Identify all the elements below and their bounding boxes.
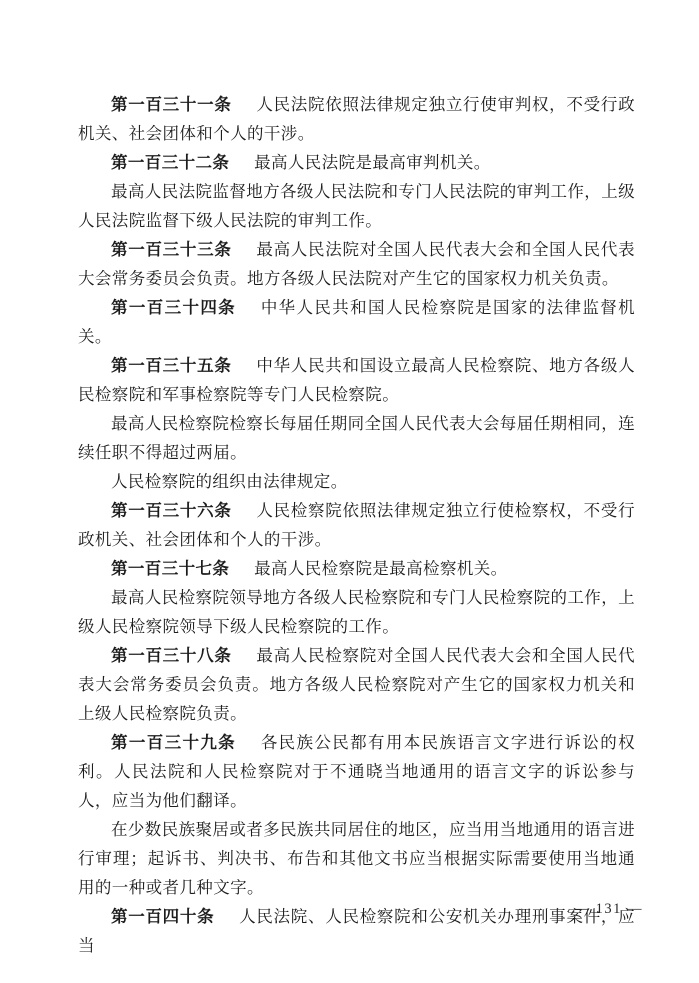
article-paragraph: 第一百三十六条人民检察院依照法律规定独立行使检察权，不受行政机关、社会团体和个人… [78, 496, 635, 554]
article-number: 第一百三十二条 [111, 153, 229, 172]
article-paragraph: 在少数民族聚居或者多民族共同居住的地区，应当用当地通用的语言进行审理；起诉书、判… [78, 815, 635, 902]
article-paragraph: 第一百三十三条最高人民法院对全国人民代表大会和全国人民代表大会常务委员会负责。地… [78, 235, 635, 293]
article-number: 第一百三十四条 [111, 298, 236, 317]
paragraph-text: 在少数民族聚居或者多民族共同居住的地区，应当用当地通用的语言进行审理；起诉书、判… [78, 820, 635, 897]
paragraph-text: 最高人民检察院是最高检察机关。 [254, 559, 508, 578]
document-page: 第一百三十一条人民法院依照法律规定独立行使审判权，不受行政机关、社会团体和个人的… [0, 0, 699, 983]
article-number: 第一百三十五条 [111, 356, 232, 375]
article-number: 第一百三十九条 [111, 733, 236, 752]
article-paragraph: 第一百三十二条最高人民法院是最高审判机关。 [78, 148, 635, 177]
article-paragraph: 第一百三十五条中华人民共和国设立最高人民检察院、地方各级人民检察院和军事检察院等… [78, 351, 635, 409]
article-number: 第一百三十六条 [111, 501, 232, 520]
article-number: 第一百三十七条 [111, 559, 229, 578]
paragraph-text: 最高人民检察院领导地方各级人民检察院和专门人民检察院的工作，上级人民检察院领导下… [78, 588, 635, 636]
paragraph-text: 最高人民法院是最高审判机关。 [254, 153, 491, 172]
article-paragraph: 最高人民法院监督地方各级人民法院和专门人民法院的审判工作，上级人民法院监督下级人… [78, 177, 635, 235]
article-paragraph: 第一百四十条人民法院、人民检察院和公安机关办理刑事案件，应当 [78, 902, 635, 960]
article-paragraph: 第一百三十一条人民法院依照法律规定独立行使审判权，不受行政机关、社会团体和个人的… [78, 90, 635, 148]
article-number: 第一百四十条 [111, 907, 214, 926]
paragraph-text: 最高人民法院监督地方各级人民法院和专门人民法院的审判工作，上级人民法院监督下级人… [78, 182, 635, 230]
article-paragraph: 第一百三十九条各民族公民都有用本民族语言文字进行诉讼的权利。人民法院和人民检察院… [78, 728, 635, 815]
article-number: 第一百三十三条 [111, 240, 232, 259]
article-paragraph: 第一百三十八条最高人民检察院对全国人民代表大会和全国人民代表大会常务委员会负责。… [78, 641, 635, 728]
article-paragraph: 人民检察院的组织由法律规定。 [78, 467, 635, 496]
article-paragraph: 第一百三十四条中华人民共和国人民检察院是国家的法律监督机关。 [78, 293, 635, 351]
article-paragraph: 最高人民检察院领导地方各级人民检察院和专门人民检察院的工作，上级人民检察院领导下… [78, 583, 635, 641]
paragraph-text: 最高人民检察院检察长每届任期同全国人民代表大会每届任期相同，连续任职不得超过两届… [78, 414, 635, 462]
article-paragraph: 第一百三十七条最高人民检察院是最高检察机关。 [78, 554, 635, 583]
article-paragraph: 最高人民检察院检察长每届任期同全国人民代表大会每届任期相同，连续任职不得超过两届… [78, 409, 635, 467]
article-number: 第一百三十一条 [111, 95, 232, 114]
article-number: 第一百三十八条 [111, 646, 232, 665]
paragraph-text: 人民检察院的组织由法律规定。 [111, 472, 348, 491]
page-number: — 131 — [575, 901, 644, 918]
constitution-articles: 第一百三十一条人民法院依照法律规定独立行使审判权，不受行政机关、社会团体和个人的… [78, 90, 635, 960]
